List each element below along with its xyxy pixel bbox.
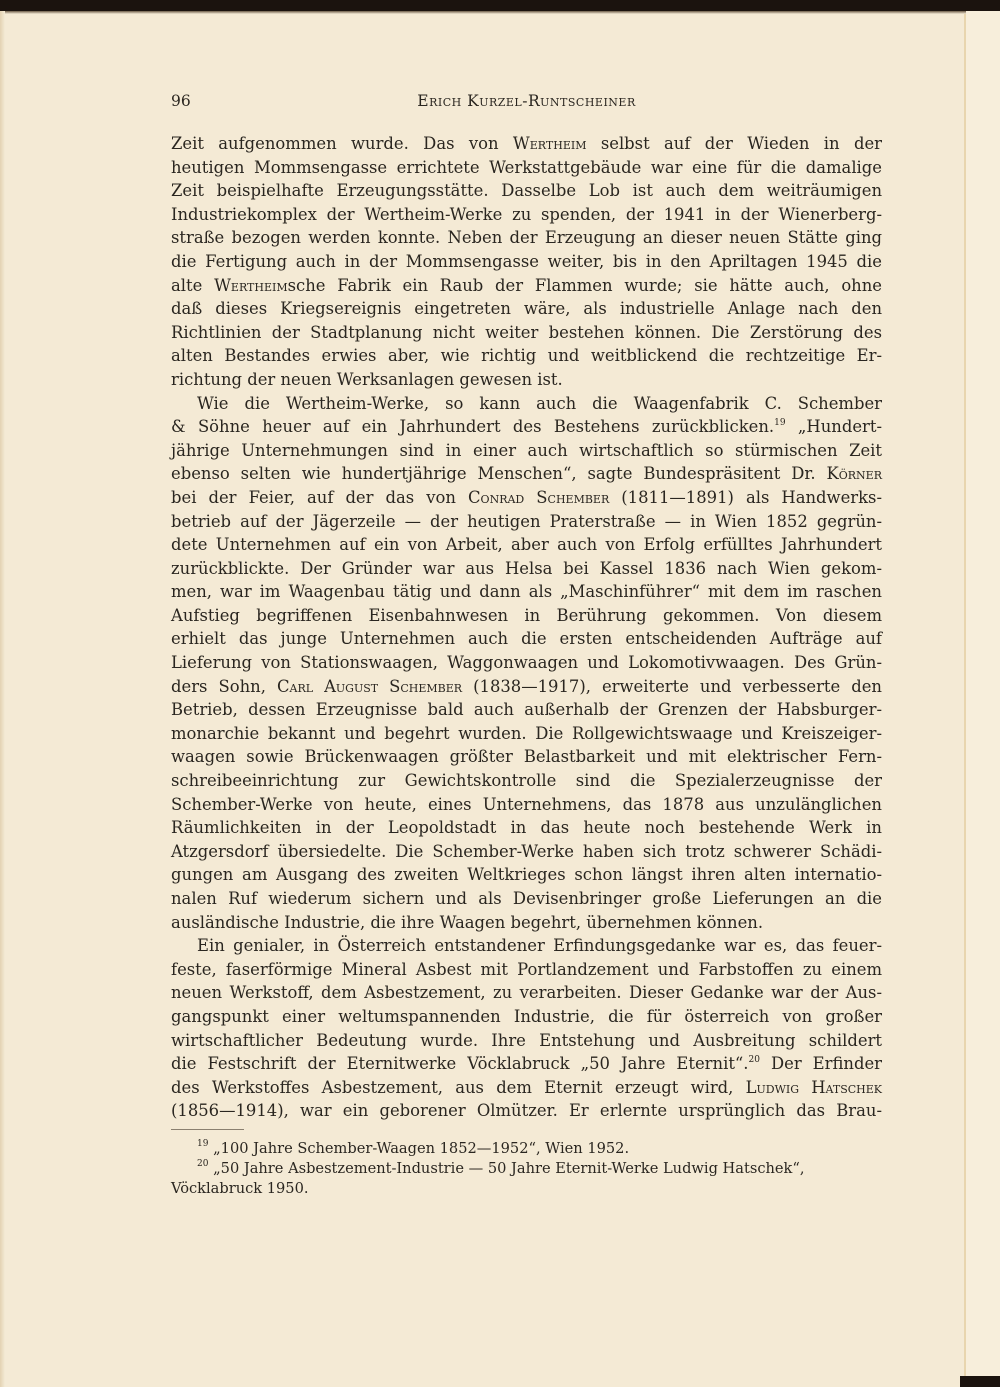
text-line: Zeit beispielhafte Erzeugungsstätte. Das… <box>171 179 882 203</box>
footnote-19: 19 „100 Jahre Schember-Waagen 1852—1952“… <box>171 1139 882 1159</box>
text-line: ausländische Industrie, die ihre Waagen … <box>171 911 882 935</box>
text-line: die Festschrift der Eternitwerke Vöcklab… <box>171 1052 882 1076</box>
text-line: daß dieses Kriegsereignis eingetreten wä… <box>171 297 882 321</box>
person-name: Conrad Schember <box>468 488 609 507</box>
text-line: Räumlichkeiten in der Leopoldstadt in da… <box>171 816 882 840</box>
text-line: Atzgersdorf übersiedelte. Die Schember-W… <box>171 840 882 864</box>
text-line: des Werkstoffes Asbestzement, aus dem Et… <box>171 1076 882 1100</box>
text-line: men, war im Waagenbau tätig und dann als… <box>171 580 882 604</box>
text-line: wirtschaftlicher Bedeutung wurde. Ihre E… <box>171 1029 882 1053</box>
text-line: dete Unternehmen auf ein von Arbeit, abe… <box>171 533 882 557</box>
text-line: alte Wertheimsche Fabrik ein Raub der Fl… <box>171 274 882 298</box>
text-line: heutigen Mommsengasse errichtete Werksta… <box>171 156 882 180</box>
text-line: (1856—1914), war ein geborener Olmützer.… <box>171 1099 882 1123</box>
text-line: erhielt das junge Unternehmen auch die e… <box>171 627 882 651</box>
scan-top-edge <box>0 0 1000 11</box>
text-line: Betrieb, dessen Erzeugnisse bald auch au… <box>171 698 882 722</box>
person-name: Carl August Schember <box>277 677 462 696</box>
text-line: nalen Ruf wiederum sichern und als Devis… <box>171 887 882 911</box>
text-line: richtung der neuen Werksanlagen gewesen … <box>171 368 882 392</box>
text-line: alten Bestandes erwies aber, wie richtig… <box>171 344 882 368</box>
text-line: jährige Unternehmungen sind in einer auc… <box>171 439 882 463</box>
footnotes: 19 „100 Jahre Schember-Waagen 1852—1952“… <box>171 1139 882 1199</box>
running-head: 96 Erich Kurzel-Runtscheiner <box>171 92 882 116</box>
footnote-20: 20 „50 Jahre Asbestzement-Industrie — 50… <box>171 1159 882 1179</box>
person-name: Körner <box>827 464 882 483</box>
scan-bottom-edge <box>960 1376 1000 1387</box>
text-line: gangspunkt einer weltumspannenden Indust… <box>171 1005 882 1029</box>
adjacent-page-strip <box>966 11 1000 1387</box>
person-name: Wertheim <box>214 276 288 295</box>
footnote-divider <box>171 1129 244 1130</box>
text-line: monarchie bekannt und begehrt wurden. Di… <box>171 722 882 746</box>
body-text: Zeit aufgenommen wurde. Das von Wertheim… <box>171 132 882 1123</box>
footnote-ref: 19 <box>774 418 785 428</box>
text-line: neuen Werkstoff, dem Asbestzement, zu ve… <box>171 981 882 1005</box>
text-line: betrieb auf der Jägerzeile — der heutige… <box>171 510 882 534</box>
text-line: Schember-Werke von heute, eines Unterneh… <box>171 793 882 817</box>
text-line: die Fertigung auch in der Mommsengasse w… <box>171 250 882 274</box>
scan-left-edge <box>0 11 5 1387</box>
text-line: Aufstieg begriffenen Eisenbahnwesen in B… <box>171 604 882 628</box>
running-title: Erich Kurzel-Runtscheiner <box>171 92 882 110</box>
text-line: Zeit aufgenommen wurde. Das von Wertheim… <box>171 132 882 156</box>
text-line: ebenso selten wie hundertjährige Mensche… <box>171 462 882 486</box>
person-name: Wertheim <box>513 134 587 153</box>
text-line: straße bezogen werden konnte. Neben der … <box>171 226 882 250</box>
text-line: & Söhne heuer auf ein Jahrhundert des Be… <box>171 415 882 439</box>
text-line: Industriekomplex der Wertheim-Werke zu s… <box>171 203 882 227</box>
text-line: Wie die Wertheim-Werke, so kann auch die… <box>171 392 882 416</box>
person-name: Ludwig Hatschek <box>746 1078 882 1097</box>
text-line: feste, faserförmige Mineral Asbest mit P… <box>171 958 882 982</box>
text-line: ders Sohn, Carl August Schember (1838—19… <box>171 675 882 699</box>
text-line: Lieferung von Stationswaagen, Waggonwaag… <box>171 651 882 675</box>
text-line: Ein genialer, in Österreich entstandener… <box>171 934 882 958</box>
page-edge-line <box>964 14 966 1376</box>
text-line: Richtlinien der Stadtplanung nicht weite… <box>171 321 882 345</box>
scan-top-shadow <box>0 11 1000 14</box>
footnote-20-continuation: Vöcklabruck 1950. <box>171 1179 882 1199</box>
text-line: zurückblickte. Der Gründer war aus Helsa… <box>171 557 882 581</box>
text-line: bei der Feier, auf der das von Conrad Sc… <box>171 486 882 510</box>
text-line: schreibeeinrichtung zur Gewichtskontroll… <box>171 769 882 793</box>
text-line: gungen am Ausgang des zweiten Weltkriege… <box>171 863 882 887</box>
book-page: 96 Erich Kurzel-Runtscheiner Zeit aufgen… <box>171 92 882 116</box>
text-line: waagen sowie Brückenwaagen größter Belas… <box>171 745 882 769</box>
footnote-ref: 20 <box>749 1055 760 1065</box>
